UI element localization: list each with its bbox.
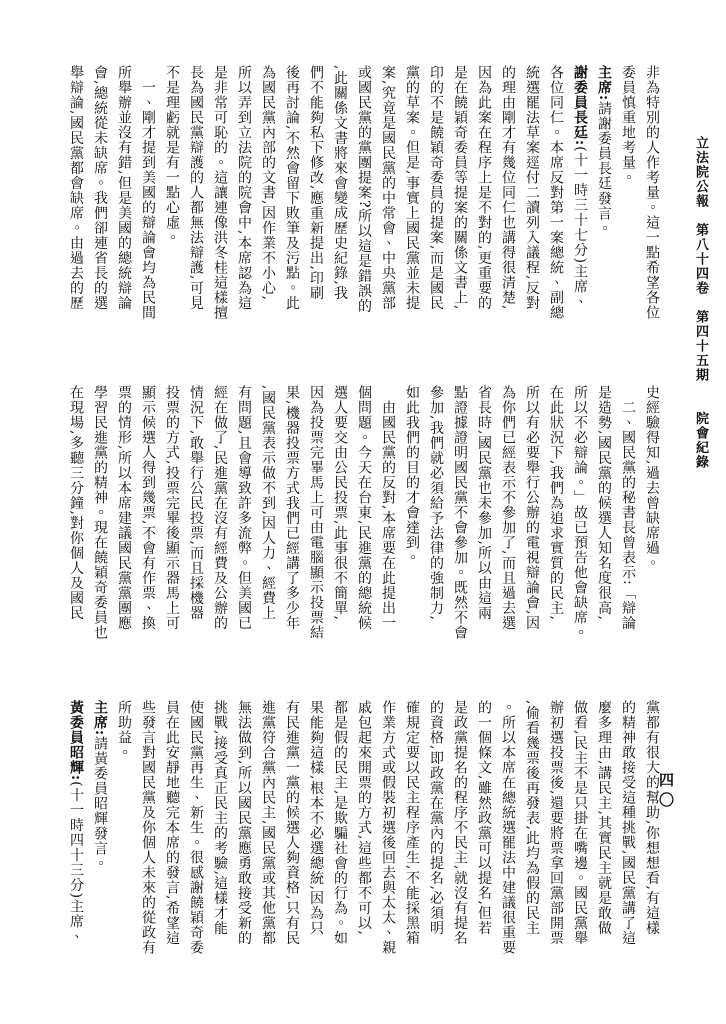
text-column: 確規定要以民主程序產生,不能採黑箱 [400,700,424,955]
text-column: 學習民進黨的精神。現在饒穎奇委員也 [88,385,112,640]
text-column: 非為特別的人作考量。這一點希望各位 [640,65,664,320]
text-block-lower: 黨都有很大的幫助,你想想看,有這樣的精神敢接受這種挑戰,國民黨講了這麼多理由,講… [64,700,664,955]
text-column: 省長時,國民黨也未參加,所以由這兩 [472,385,496,640]
text-column: 個問題。今天在台東,民進黨的總統候 [352,385,376,640]
text-column: 委員慎重地考量。 [616,65,640,320]
text-column: 案,究竟是國民黨的中常會、中央黨部 [376,65,400,320]
text-column: 的資格,即政黨在黨內的提名,必須明 [424,700,448,955]
text-column: 後再討論,不然會留下敗筆及污點。此 [280,65,304,320]
text-column: 些發言對國民黨及你個人未來的從政有 [136,700,160,955]
text-column: 點證據證明國民黨不會參加。既然不會 [448,385,472,640]
text-column: 所舉辦並沒有錯,但是美國的總統辯論 [112,65,136,320]
gazette-page: 立法院公報 第八十四卷 第四十五期 院會紀錄 四〇 非為特別的人作考量。這一點希… [0,0,726,1024]
text-column: 舉辯論,國民黨都會缺席。由過去的歷 [64,65,88,320]
text-column: 為你們已經表示不參加了,而且過去選 [496,385,520,640]
text-column: 的理由剛才有幾位同仁也講得很清楚, [496,65,520,320]
text-block-upper: 非為特別的人作考量。這一點希望各位委員慎重地考量。主席:請謝委員長廷發言。謝委員… [64,65,664,320]
text-column: 在此狀況下,我們為追求實質的民主, [544,385,568,640]
text-column: 或國民黨的黨團提案?所以這是錯誤的 [352,65,376,320]
text-block-middle: 史經驗得知,過去曾缺席過。 二、國民黨的秘書長曾表示:「辯論是造勢,國民黨的候選… [64,385,664,640]
text-column: 挑戰,接受真正民主的考驗,這樣才能 [208,700,232,955]
text-column: 顯示候選人得到幾票,不會有作票、換 [136,385,160,640]
text-column: ,此關係文書將來會變成歷史紀錄,我 [328,65,352,320]
speaker-name: 主席: [596,65,612,101]
text-column: 。所以本席在總統選罷法中建議很重要 [496,700,520,955]
text-column: 辦初選投票後,還要將票拿回黨部開票 [544,700,568,955]
text-column: 有民進黨一黨的候選人夠資格,只有民 [280,700,304,955]
text-column: 如此我們的目的才會達到。 [400,385,424,640]
speaker-name: 黃委員昭輝: [68,700,84,781]
text-column: 經在做了,民進黨在沒有經費及公辦的 [208,385,232,640]
text-column: 所以弄到立法院的院會中,本席認為這 [232,65,256,320]
text-column: 所以不必辯論。」故已預告他會缺席。 [568,385,592,640]
text-column: 史經驗得知,過去曾缺席過。 [640,385,664,640]
text-column: 所助益。 [112,700,136,955]
text-column: 是在饒穎奇委員等提案的關係文書上, [448,65,472,320]
running-head: 立法院公報 第八十四卷 第四十五期 院會紀錄 [691,136,710,470]
text-column: 主席:請謝委員長廷發言。 [592,65,616,320]
text-column: 選人要交由公民投票,此事很不簡單, [328,385,352,640]
text-column: ,偷看幾票後再發表,此均為假的民主 [520,700,544,955]
text-column: 員在此安靜地聽完本席的發言,希望這 [160,700,184,955]
text-column: 由國民黨的反對,本席要在此提出一 [376,385,400,640]
text-column: 是造勢,國民黨的候選人知名度很高, [592,385,616,640]
text-column: 黨的草案。但是,事實上國民黨並未提 [400,65,424,320]
text-column: 戚包起來開票的方式,這些都不可以, [352,700,376,955]
text-column: 黨都有很大的幫助,你想想看,有這樣 [640,700,664,955]
text-column: 使國民黨再生、新生。很感謝饒穎奇委 [184,700,208,955]
text-column: 在現場,多聽三分鐘,對你個人及國民 [64,385,88,640]
text-column: 因為投票完畢馬上可由電腦顯示投票結 [304,385,328,640]
text-column: 投票的方式,投票完畢後顯示器馬上可 [160,385,184,640]
text-column: 統選罷法草案逕付二讀列入議程,反對 [520,65,544,320]
text-column: 參加,我們就必須給予法律的強制力, [424,385,448,640]
text-column: 做看,民主不是只掛在嘴邊。國民黨舉 [568,700,592,955]
text-column: 都是假的民主,是欺騙社會的行為。如 [328,700,352,955]
text-column: 主席:請黃委員昭輝發言。 [88,700,112,955]
text-column: 長為國民黨辯護的人都無法辯護,可見 [184,65,208,320]
text-column: 是政黨提名的程序不民主,就沒有提名 [448,700,472,955]
text-column: 所以有必要舉行公辦的電視辯論會,因 [520,385,544,640]
text-column: 是非常可恥的。這讓連像洪冬桂這樣擅 [208,65,232,320]
text-column: 的一個條文,雖然政黨可以提名,但若 [472,700,496,955]
text-column: 因為此案在程序上是不對的,更重要的 [472,65,496,320]
text-column: 票的情形,所以本席建議國民黨黨團應 [112,385,136,640]
text-column: 二、國民黨的秘書長曾表示:「辯論 [616,385,640,640]
speaker-name: 主席: [92,700,108,736]
text-column: 麼多理由,講民主,其實民主就是敢做 [592,700,616,955]
text-column: 果能夠這樣,根本不必選總統,因為只 [304,700,328,955]
text-column: 謝委員長廷:(十一時三十七分)主席、 [568,65,592,320]
text-column: 的精神敢接受這種挑戰,國民黨講了這 [616,700,640,955]
text-column: 黃委員昭輝:(十一時四十三分)主席、 [64,700,88,955]
text-column: ,國民黨表示做不到,因人力、經費上 [256,385,280,640]
text-column: 們不能夠私下修改,應重新提出,印刷 [304,65,328,320]
text-column: 印的不是饒穎奇委員的提案,而是國民 [424,65,448,320]
text-column: 情況下,敢舉行公民投票,而且採機器 [184,385,208,640]
text-column: 有問題,且會導致許多流弊。但美國已 [232,385,256,640]
text-column: 一、剛才提到美國的辯論會均為民間 [136,65,160,320]
speaker-name: 謝委員長廷: [572,65,588,146]
text-column: 進黨符合黨內民主,國民黨或其他黨都 [256,700,280,955]
text-column: 作業方式或假裝初選後回去與太太、親 [376,700,400,955]
text-column: 為國民黨內部的文書,因作業不小心, [256,65,280,320]
text-column: 各位同仁。本席反對第一案總統、副總 [544,65,568,320]
text-column: 會,總統從未缺席。我們卻連省長的選 [88,65,112,320]
text-column: 不是理虧就是有一點心虛。 [160,65,184,320]
text-column: 無法做到,所以國民黨應勇敢接受新的 [232,700,256,955]
text-column: 果,機器投票方式我們已經講了多少年 [280,385,304,640]
